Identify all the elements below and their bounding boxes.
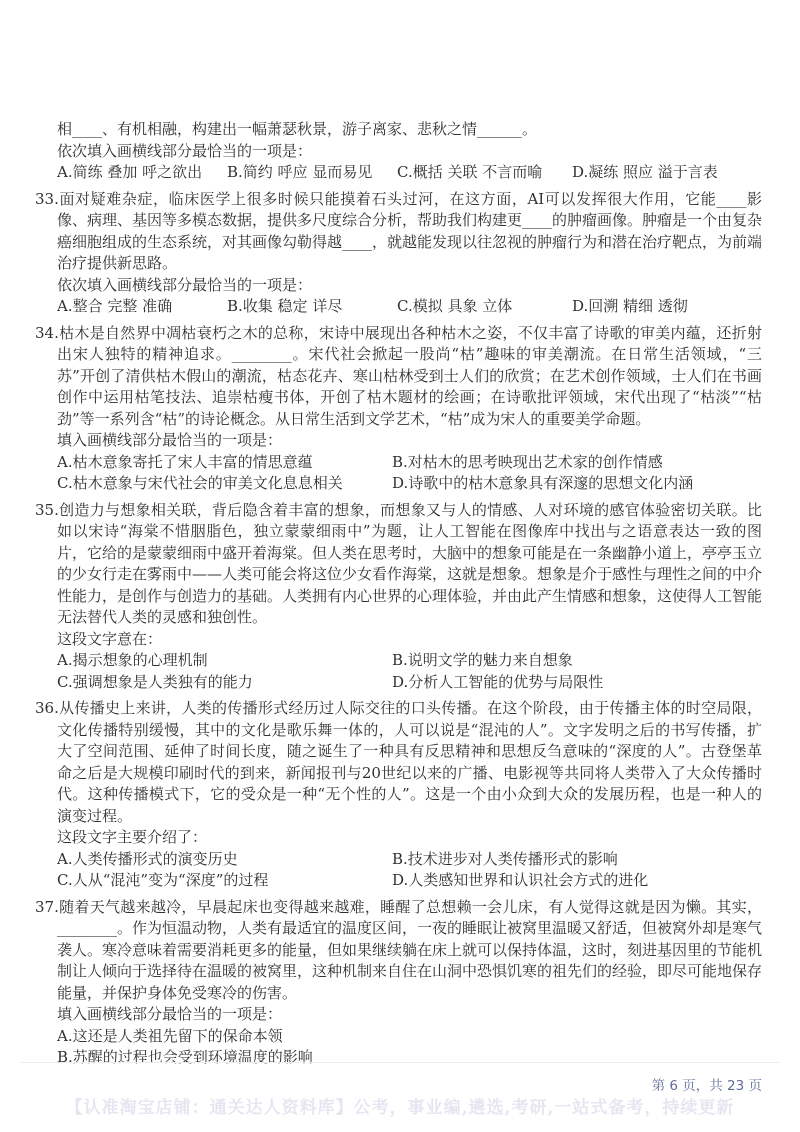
option-a: A.揭示想象的心理机制 bbox=[57, 650, 392, 672]
option-b: B.简约 呼应 显而易见 bbox=[227, 162, 397, 184]
option-d: D.人类感知世界和认识社会方式的进化 bbox=[392, 870, 762, 892]
option-d: D.分析人工智能的优势与局限性 bbox=[392, 672, 762, 694]
question-number: 36. bbox=[35, 699, 59, 717]
option-b: B.苏醒的过程也会受到环境温度的影响 bbox=[57, 1047, 762, 1069]
question-stem: 36.从传播史上来讲，人类的传播形式经历过人际交往的口头传播。在这个阶段，由于传… bbox=[57, 698, 762, 827]
shop-watermark: 【认准淘宝店铺：通关达人资料库】公考，事业编,遴选,考研,一站式备考，持续更新 bbox=[0, 1098, 800, 1120]
options-row: A.整合 完整 准确 B.收集 稳定 详尽 C.模拟 具象 立体 D.回溯 精细… bbox=[57, 296, 762, 318]
option-d: D.凝练 照应 溢于言表 bbox=[572, 162, 762, 184]
question-block-36: 36.从传播史上来讲，人类的传播形式经历过人际交往的口头传播。在这个阶段，由于传… bbox=[35, 698, 762, 892]
option-c: C.强调想象是人类独有的能力 bbox=[57, 672, 392, 694]
option-b: B.技术进步对人类传播形式的影响 bbox=[392, 849, 762, 871]
option-c: C.人从“混沌”变为“深度”的过程 bbox=[57, 870, 392, 892]
option-c: C.枯木意象与宋代社会的审美文化息息相关 bbox=[57, 473, 392, 495]
question-number: 34. bbox=[35, 324, 59, 342]
question-number: 33. bbox=[35, 190, 59, 208]
exam-page-content: 相____、有机相融，构建出一幅萧瑟秋景，游子离家、悲秋之情______。 依次… bbox=[35, 119, 762, 1074]
question-stem: 37.随着天气越来越冷，早晨起床也变得越来越难，睡醒了总想赖一会儿床，有人觉得这… bbox=[57, 897, 762, 1005]
question-prompt: 依次填入画横线部分最恰当的一项是： bbox=[57, 275, 762, 297]
question-stem-text: 面对疑难杂症，临床医学上很多时候只能摸着石头过河，在这方面，AI可以发挥很大作用… bbox=[57, 190, 762, 273]
question-prompt: 填入画横线部分最恰当的一项是： bbox=[57, 1004, 762, 1026]
options-grid: A.枯木意象寄托了宋人丰富的情思意蕴 B.对枯木的思考映现出艺术家的创作情感 C… bbox=[57, 452, 762, 495]
question-block-37: 37.随着天气越来越冷，早晨起床也变得越来越难，睡醒了总想赖一会儿床，有人觉得这… bbox=[35, 897, 762, 1069]
option-a: A.人类传播形式的演变历史 bbox=[57, 849, 392, 871]
question-stem: 35.创造力与想象相关联，背后隐含着丰富的想象，而想象又与人的情感、人对环境的感… bbox=[57, 500, 762, 629]
question-stem-text: 创造力与想象相关联，背后隐含着丰富的想象，而想象又与人的情感、人对环境的感官体验… bbox=[57, 501, 762, 627]
question-stem: 34.枯木是自然界中凋枯衰朽之木的总称，宋诗中展现出各种枯木之姿，不仅丰富了诗歌… bbox=[57, 323, 762, 431]
options-row: A.简练 叠加 呼之欲出 B.简约 呼应 显而易见 C.概括 关联 不言而喻 D… bbox=[57, 162, 762, 184]
question-block-34: 34.枯木是自然界中凋枯衰朽之木的总称，宋诗中展现出各种枯木之姿，不仅丰富了诗歌… bbox=[35, 323, 762, 495]
question-prompt: 填入画横线部分最恰当的一项是： bbox=[57, 430, 762, 452]
option-a: A.这还是人类祖先留下的保命本领 bbox=[57, 1026, 762, 1048]
question-stem-text: 枯木是自然界中凋枯衰朽之木的总称，宋诗中展现出各种枯木之姿，不仅丰富了诗歌的审美… bbox=[57, 324, 762, 428]
question-stem: 33.面对疑难杂症，临床医学上很多时候只能摸着石头过河，在这方面，AI可以发挥很… bbox=[57, 189, 762, 275]
question-stem-text: 从传播史上来讲，人类的传播形式经历过人际交往的口头传播。在这个阶段，由于传播主体… bbox=[57, 699, 762, 825]
options-grid: A.揭示想象的心理机制 B.说明文学的魅力来自想象 C.强调想象是人类独有的能力… bbox=[57, 650, 762, 693]
question-number: 37. bbox=[35, 898, 59, 916]
option-c: C.模拟 具象 立体 bbox=[397, 296, 572, 318]
question-prompt: 依次填入画横线部分最恰当的一项是： bbox=[57, 141, 762, 163]
question-prompt: 这段文字意在： bbox=[57, 629, 762, 651]
option-b: B.对枯木的思考映现出艺术家的创作情感 bbox=[392, 452, 762, 474]
question-number: 35. bbox=[35, 501, 59, 519]
option-b: B.说明文学的魅力来自想象 bbox=[392, 650, 762, 672]
question-stem-text: 随着天气越来越冷，早晨起床也变得越来越难，睡醒了总想赖一会儿床，有人觉得这就是因… bbox=[57, 898, 762, 1002]
option-d: D.诗歌中的枯木意象具有深邃的思想文化内涵 bbox=[392, 473, 762, 495]
question-stem: 相____、有机相融，构建出一幅萧瑟秋景，游子离家、悲秋之情______。 bbox=[57, 119, 762, 141]
option-d: D.回溯 精细 透彻 bbox=[572, 296, 762, 318]
footer-divider bbox=[20, 1062, 780, 1063]
question-block-33: 33.面对疑难杂症，临床医学上很多时候只能摸着石头过河，在这方面，AI可以发挥很… bbox=[35, 189, 762, 318]
question-prompt: 这段文字主要介绍了： bbox=[57, 827, 762, 849]
option-a: A.简练 叠加 呼之欲出 bbox=[57, 162, 227, 184]
options-grid: A.人类传播形式的演变历史 B.技术进步对人类传播形式的影响 C.人从“混沌”变… bbox=[57, 849, 762, 892]
option-b: B.收集 稳定 详尽 bbox=[227, 296, 397, 318]
question-block-35: 35.创造力与想象相关联，背后隐含着丰富的想象，而想象又与人的情感、人对环境的感… bbox=[35, 500, 762, 694]
option-a: A.整合 完整 准确 bbox=[57, 296, 227, 318]
option-a: A.枯木意象寄托了宋人丰富的情思意蕴 bbox=[57, 452, 392, 474]
footer-page-number: 第 6 页，共 23 页 bbox=[652, 1076, 762, 1098]
question-block-32-continuation: 相____、有机相融，构建出一幅萧瑟秋景，游子离家、悲秋之情______。 依次… bbox=[35, 119, 762, 184]
option-c: C.概括 关联 不言而喻 bbox=[397, 162, 572, 184]
